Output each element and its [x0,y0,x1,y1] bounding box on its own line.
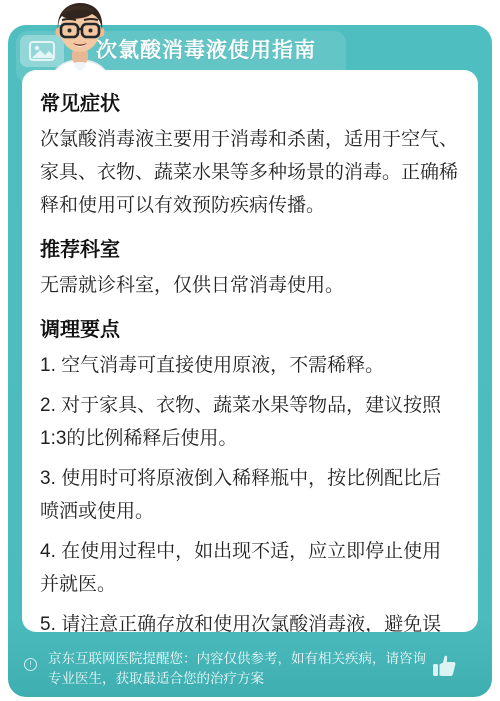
section-heading-symptoms: 常见症状 [40,87,460,116]
content-card: 常见症状 次氯酸消毒液主要用于消毒和杀菌，适用于空气、家具、衣物、蔬菜水果等多种… [22,70,478,632]
section-heading-department: 推荐科室 [40,233,460,262]
tip-item: 2. 对于家具、衣物、蔬菜水果等物品，建议按照1:3的比例稀释后使用。 [40,389,460,455]
tip-item: 3. 使用时可将原液倒入稀释瓶中，按比例配比后喷洒或使用。 [40,462,460,528]
tip-item: 4. 在使用过程中，如出现不适，应立即停止使用并就医。 [40,535,460,601]
disclaimer-text: 京东互联网医院提醒您：内容仅供参考，如有相关疾病，请咨询专业医生，获取最适合您的… [48,649,426,689]
section-text: 无需就诊科室，仅供日常消毒使用。 [40,269,460,302]
footer: ! 京东互联网医院提醒您：内容仅供参考，如有相关疾病，请咨询专业医生，获取最适合… [8,649,492,689]
page-title: 次氯酸消毒液使用指南 [96,34,316,64]
card-header: 次氯酸消毒液使用指南 [8,25,492,70]
section-heading-tips: 调理要点 [40,313,460,342]
tip-item: 1. 空气消毒可直接使用原液，不需稀释。 [40,349,460,382]
tip-item: 5. 请注意正确存放和使用次氯酸消毒液，避免误用或意外接触。 [40,608,460,632]
guide-card: 次氯酸消毒液使用指南 常见症状 次氯酸消毒液主要用于消毒和杀菌，适用于空气、家具… [8,25,492,697]
info-icon: ! [24,658,37,671]
thumbs-up-icon[interactable] [432,653,458,684]
section-text: 次氯酸消毒液主要用于消毒和杀菌，适用于空气、家具、衣物、蔬菜水果等多种场景的消毒… [40,123,460,222]
